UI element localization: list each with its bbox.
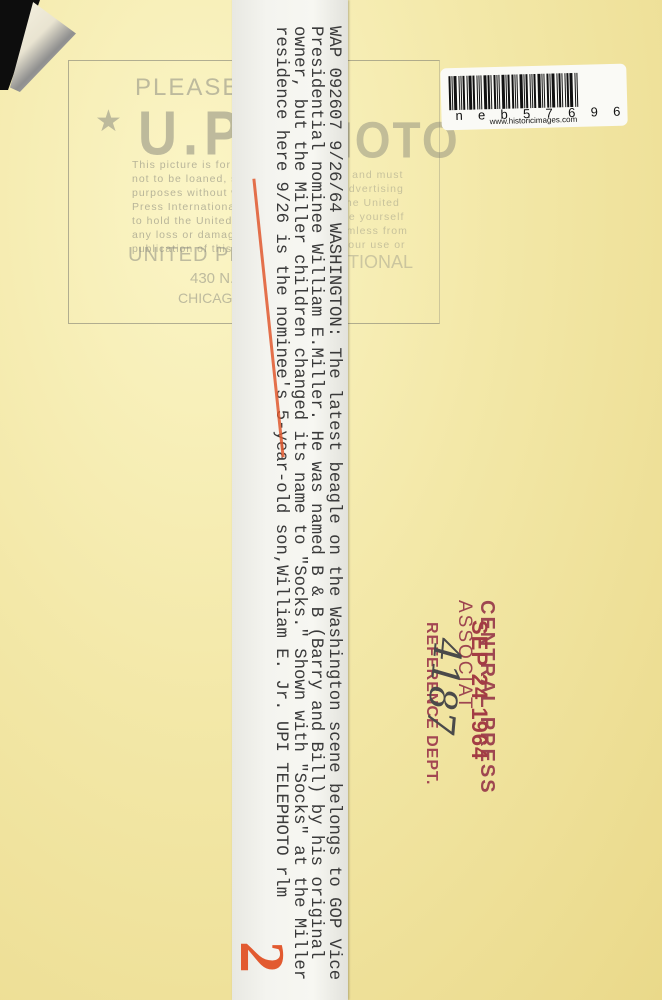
- star-icon: ★: [95, 104, 122, 139]
- barcode-char: e: [478, 107, 486, 122]
- barcode-char: 6: [613, 104, 621, 119]
- upi-stamp-footer-right: TIONAL: [348, 252, 413, 273]
- barcode-char: n: [455, 108, 463, 123]
- barcode-label: neb57696 www.historicimages.com: [440, 64, 628, 131]
- barcode-url: www.historicimages.com: [490, 115, 578, 126]
- caption-strip-text-area: WAP 092607 9/26/64 WASHINGTON: The lates…: [238, 26, 342, 970]
- handwritten-number: 4187: [418, 636, 470, 736]
- caption-text: WAP 092607 9/26/64 WASHINGTON: The lates…: [238, 26, 342, 970]
- upi-stamp-body-right: y and must advertising the United ee you…: [342, 168, 432, 252]
- barcode-char: 9: [590, 104, 598, 119]
- upi-stamp-address: 430 N.: [190, 270, 234, 287]
- red-crayon-mark: 2: [225, 941, 299, 973]
